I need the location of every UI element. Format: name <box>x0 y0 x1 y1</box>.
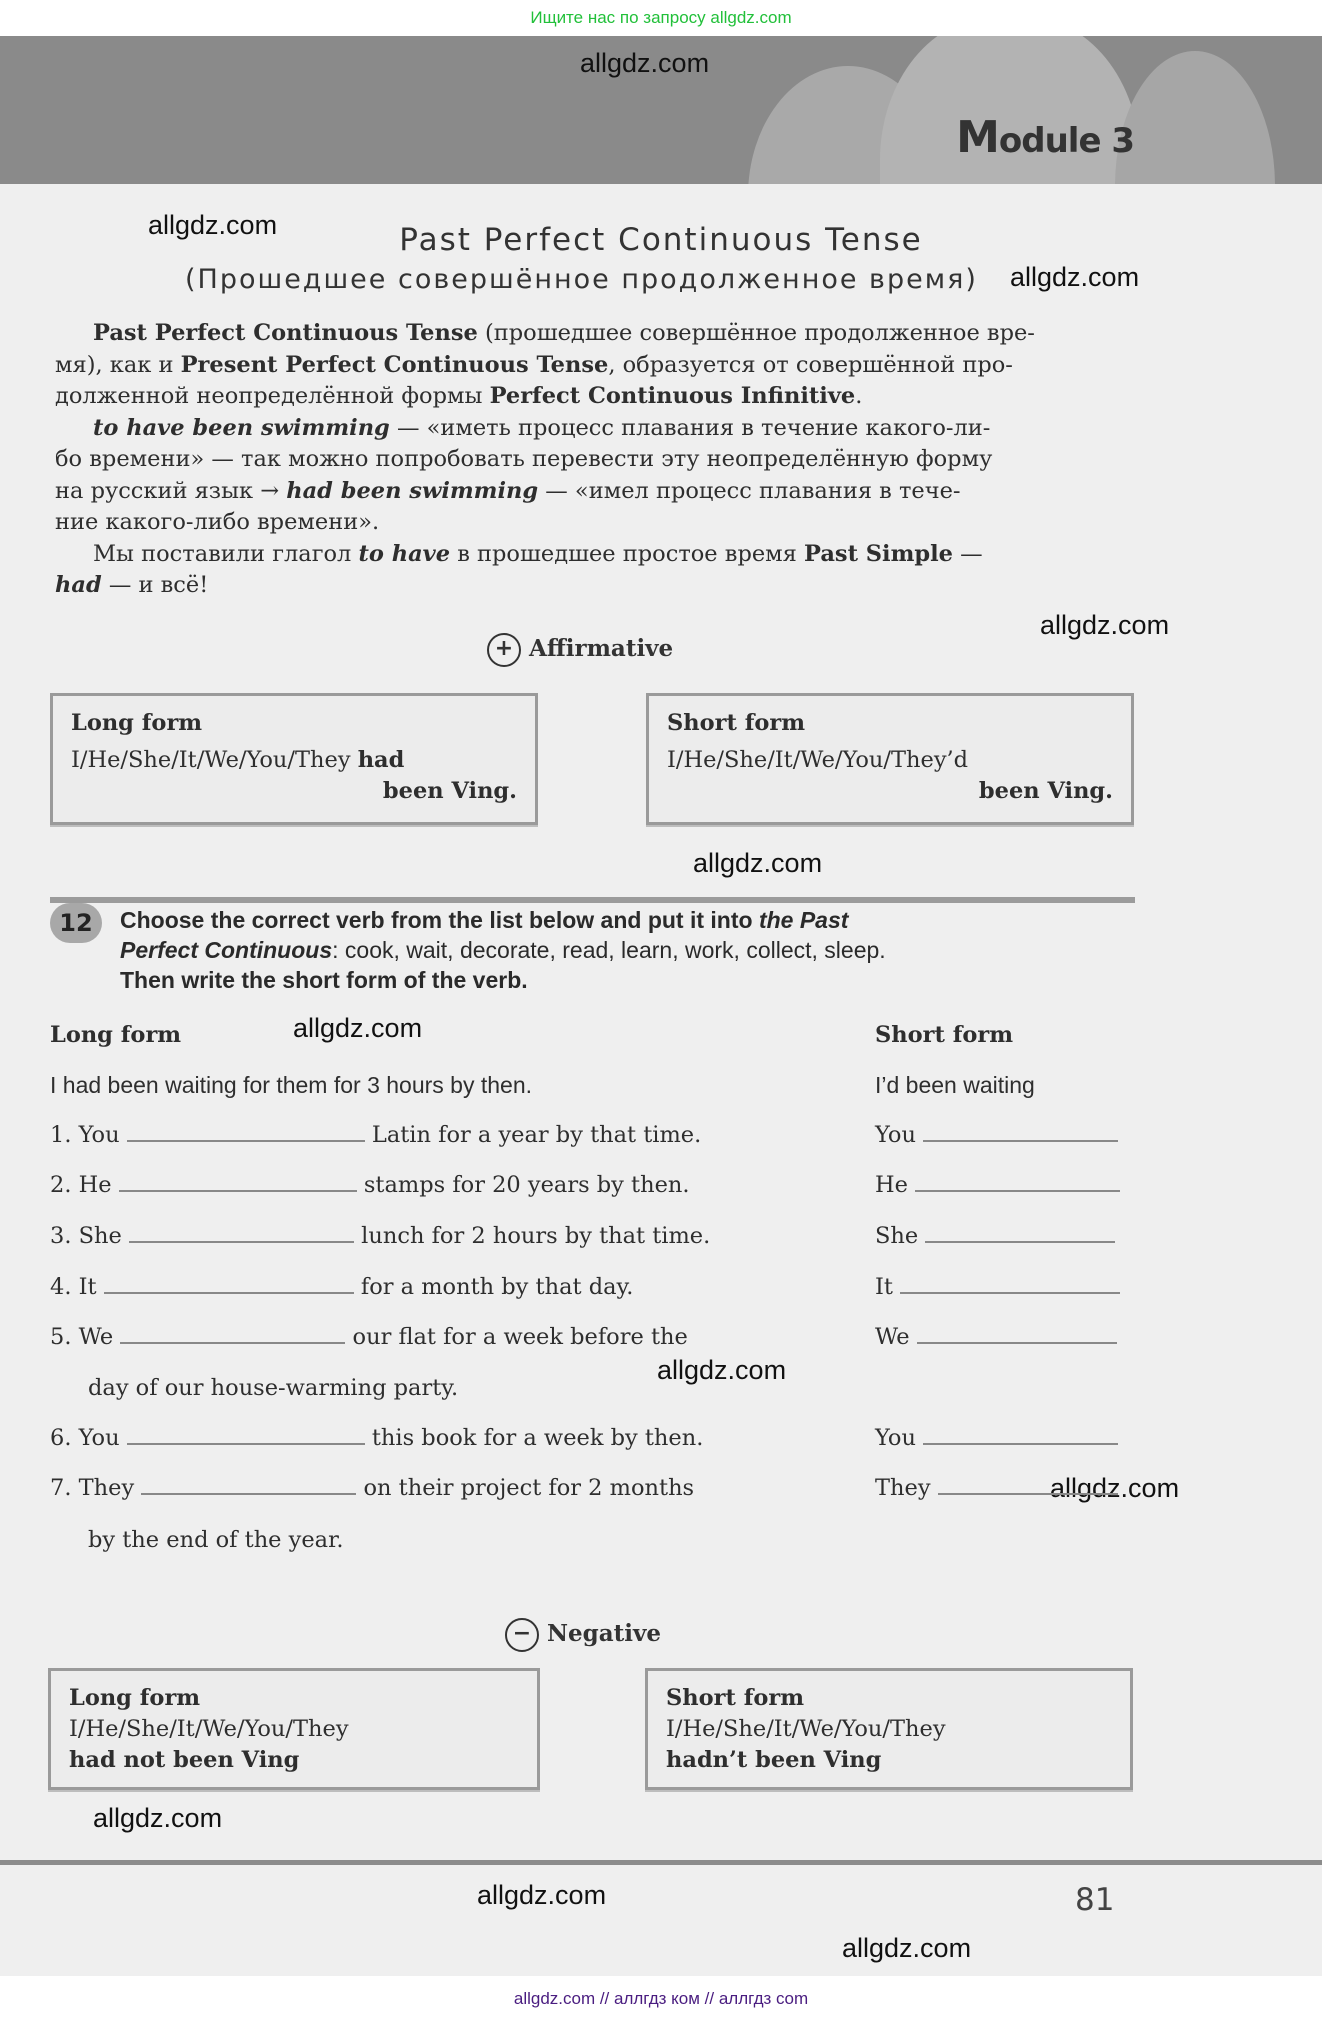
answer-blank-long[interactable] <box>120 1324 345 1344</box>
module-label: Module 3 <box>956 112 1134 163</box>
footer-divider <box>0 1860 1322 1865</box>
answer-blank-short[interactable] <box>923 1425 1118 1445</box>
exercise-instructions: Choose the correct verb from the list be… <box>120 905 1135 995</box>
affirmative-long-form-box: Long form I/He/She/It/We/You/They had be… <box>50 693 538 825</box>
exercise-number-badge: 12 <box>50 903 102 943</box>
answer-blank-short[interactable] <box>923 1122 1118 1142</box>
page-title: Past Perfect Continuous Tense <box>0 222 1322 258</box>
minus-icon: − <box>505 1618 539 1652</box>
exercise-item-5: 5. We our flat for a week before the We <box>50 1321 1135 1353</box>
exercise-divider <box>50 897 1135 903</box>
page-number: 81 <box>1075 1882 1114 1918</box>
watermark: allgdz.com <box>1040 610 1169 641</box>
negative-short-form-box: Short form I/He/She/It/We/You/They hadn’… <box>645 1668 1133 1790</box>
watermark: allgdz.com <box>842 1933 971 1964</box>
watermark: allgdz.com <box>580 48 709 79</box>
plus-icon: + <box>487 633 521 667</box>
negative-heading: −Negative <box>505 1618 661 1652</box>
intro-paragraph: Past Perfect Continuous Tense (прошедшее… <box>55 318 1135 602</box>
answer-blank-long[interactable] <box>127 1425 365 1445</box>
answer-blank-short[interactable] <box>900 1274 1120 1294</box>
answer-blank-long[interactable] <box>141 1475 356 1495</box>
bottom-watermark-banner: allgdz.com // аллгдз ком // аллгдз com <box>0 1978 1322 2019</box>
top-watermark-banner: Ищите нас по запросу allgdz.com <box>0 0 1322 36</box>
decorative-petal <box>1115 51 1275 184</box>
negative-long-form-box: Long form I/He/She/It/We/You/They had no… <box>48 1668 540 1790</box>
exercise-item-5-continued: day of our house-warming party. <box>88 1372 1173 1404</box>
column-headers: Long form Short form <box>50 1019 1135 1051</box>
watermark: allgdz.com <box>477 1880 606 1911</box>
answer-blank-short[interactable] <box>925 1223 1115 1243</box>
exercise-item-6: 6. You this book for a week by then. You <box>50 1422 1135 1454</box>
exercise-item-7: 7. They on their project for 2 months Th… <box>50 1472 1135 1504</box>
watermark: allgdz.com <box>1010 262 1139 293</box>
exercise-item-3: 3. She lunch for 2 hours by that time. S… <box>50 1220 1135 1252</box>
example-row: I had been waiting for them for 3 hours … <box>50 1069 1135 1101</box>
page-subtitle: (Прошедшее совершённое продолженное врем… <box>185 264 978 295</box>
answer-blank-short[interactable] <box>917 1324 1117 1344</box>
affirmative-heading: +Affirmative <box>487 633 673 667</box>
answer-blank-short[interactable] <box>938 1475 1118 1495</box>
answer-blank-long[interactable] <box>129 1223 354 1243</box>
answer-blank-long[interactable] <box>104 1274 354 1294</box>
watermark: allgdz.com <box>93 1803 222 1834</box>
affirmative-short-form-box: Short form I/He/She/It/We/You/They’d bee… <box>646 693 1134 825</box>
answer-blank-short[interactable] <box>915 1172 1120 1192</box>
answer-blank-long[interactable] <box>119 1172 357 1192</box>
exercise-item-1: 1. You Latin for a year by that time. Yo… <box>50 1119 1135 1151</box>
exercise-item-2: 2. He stamps for 20 years by then. He <box>50 1169 1135 1201</box>
answer-blank-long[interactable] <box>127 1122 365 1142</box>
exercise-item-4: 4. It for a month by that day. It <box>50 1271 1135 1303</box>
watermark: allgdz.com <box>693 848 822 879</box>
exercise-item-7-continued: by the end of the year. <box>88 1524 1173 1556</box>
